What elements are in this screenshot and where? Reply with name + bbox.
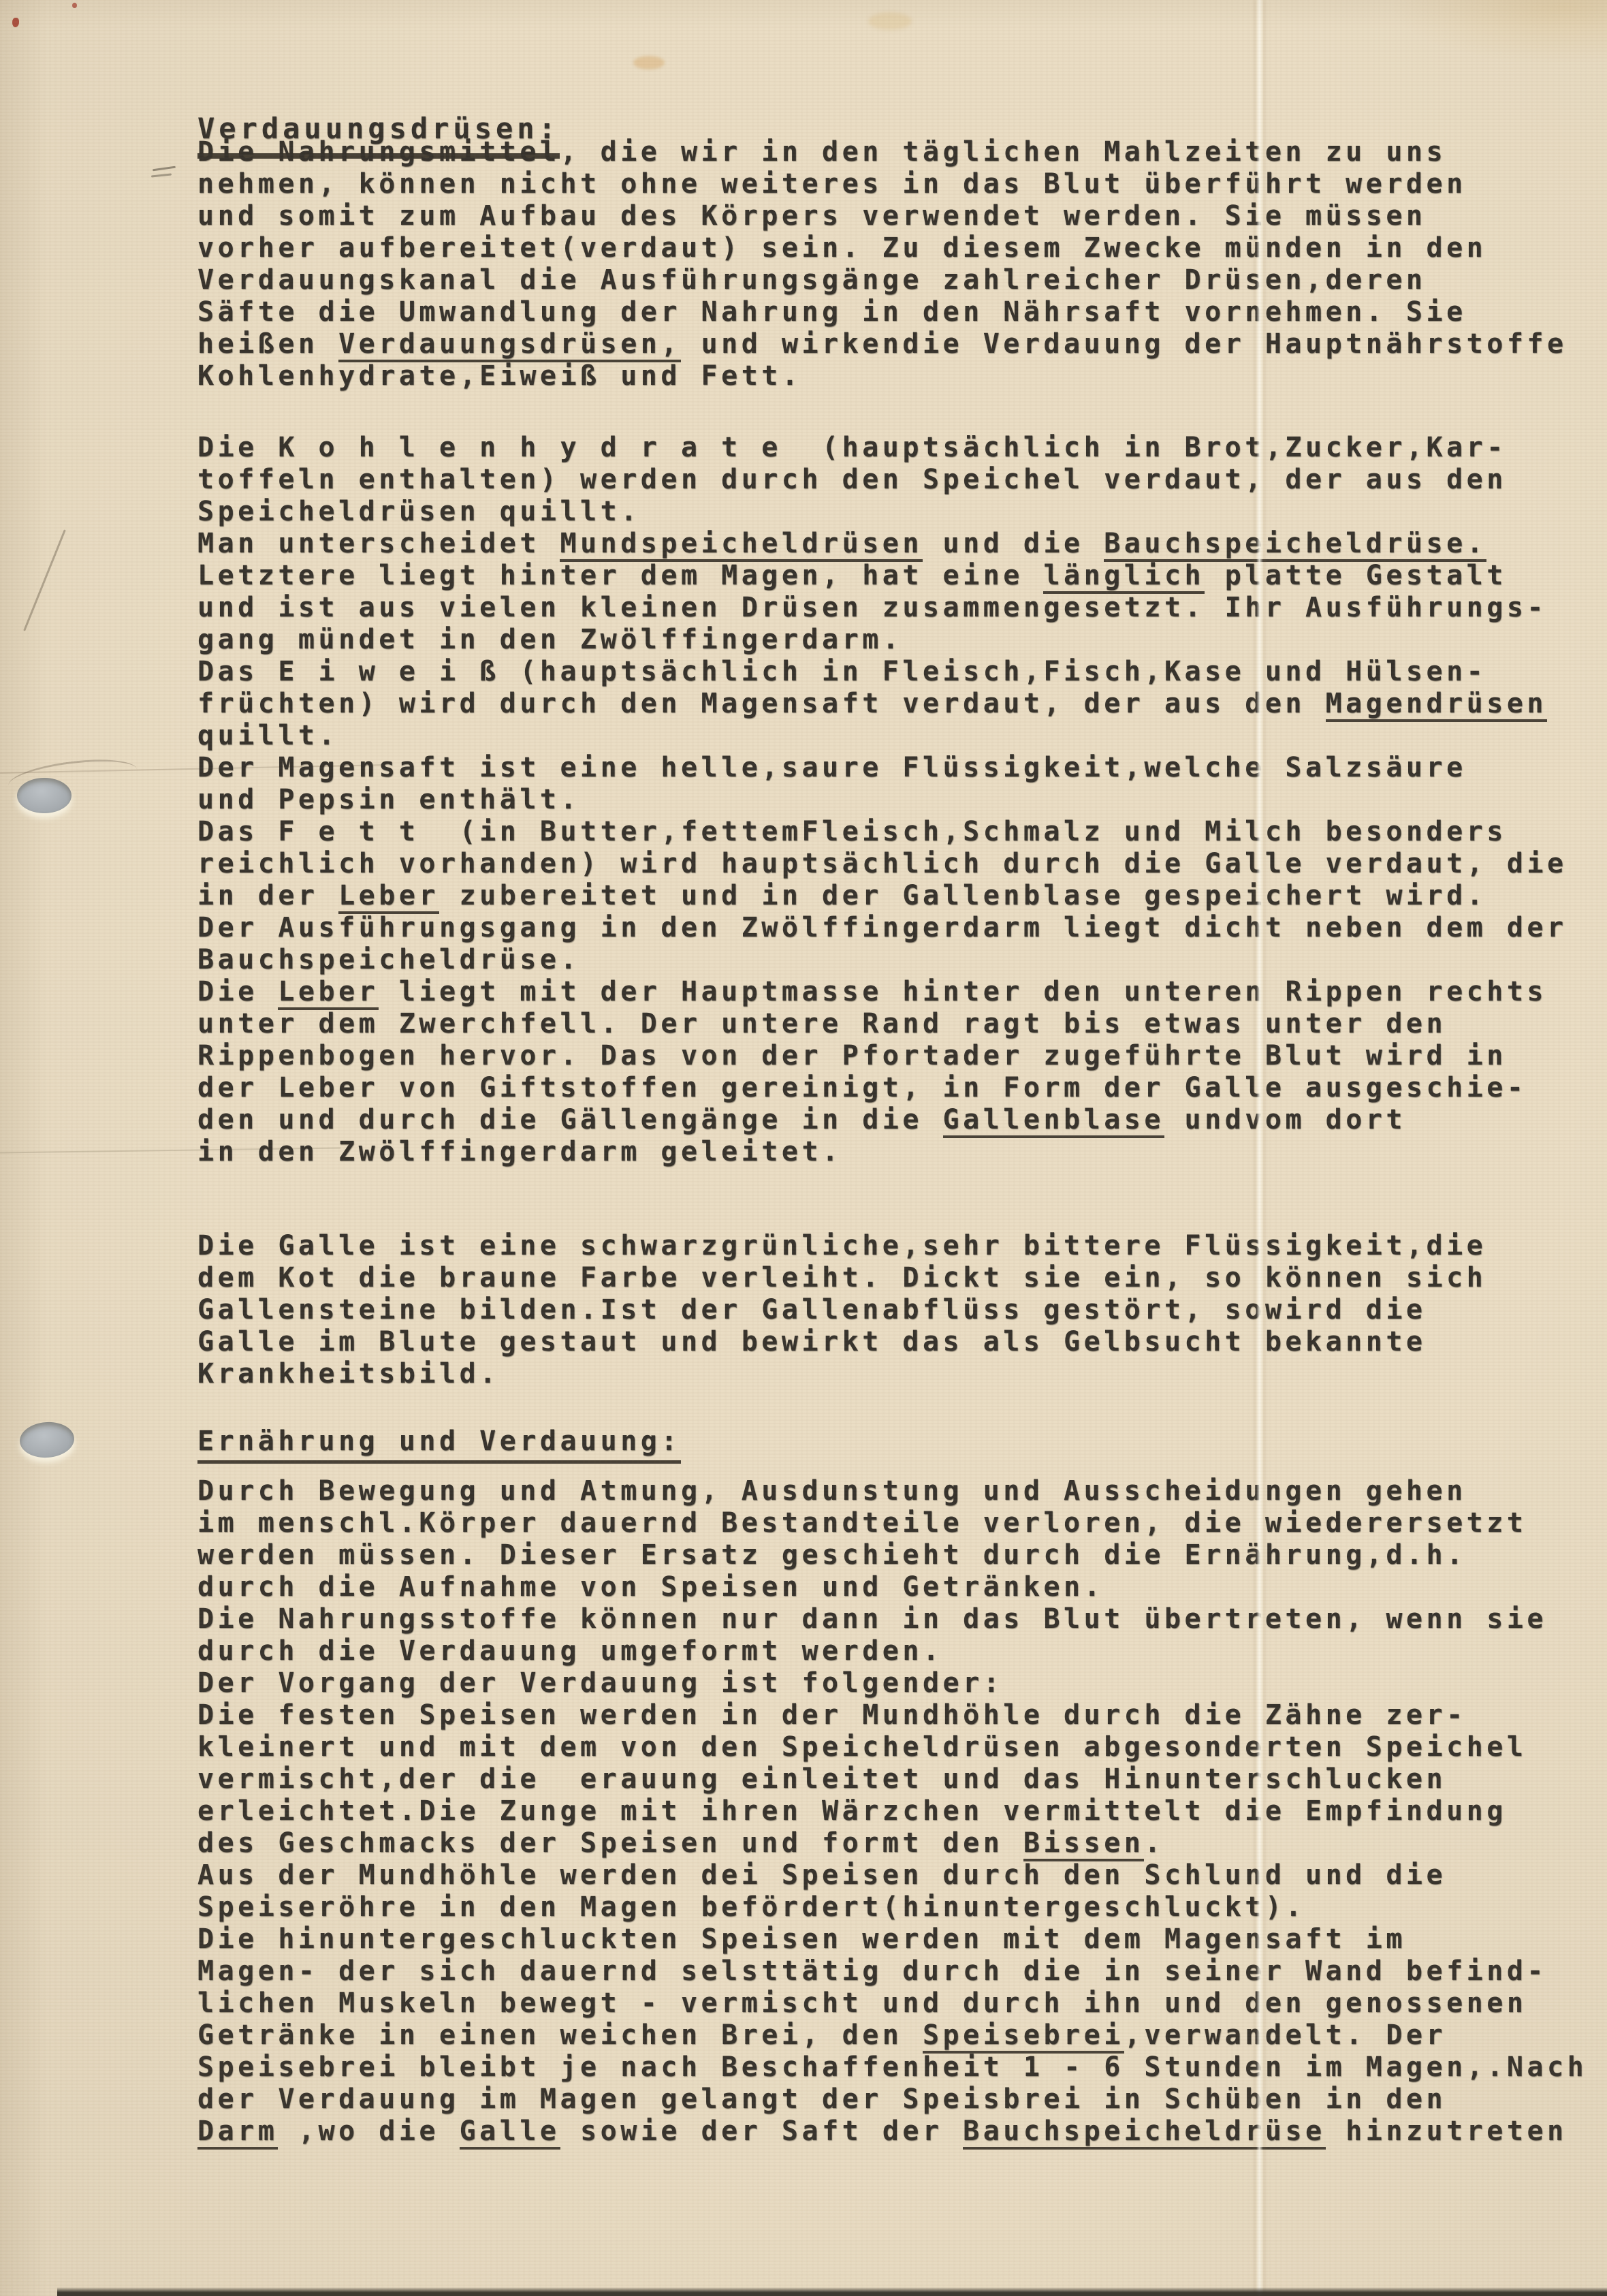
text-line: Speicheldrüsen quillt. — [197, 496, 1568, 528]
text-line: und ist aus vielen kleinen Drüsen zusamm… — [197, 592, 1568, 624]
text-line: Kohlenhydrate,Eiweiß und Fett. — [197, 360, 1568, 392]
text-line: gang mündet in den Zwölffingerdarm. — [197, 624, 1568, 656]
text-line: Die Galle ist eine schwarzgrünliche,sehr… — [197, 1230, 1486, 1262]
text-line: Die Nahrungsstoffe können nur dann in da… — [197, 1603, 1587, 1635]
text-line: früchten) wird durch den Magensaft verda… — [197, 688, 1568, 720]
text-line: vermischt,der die erauung einleitet und … — [197, 1763, 1587, 1795]
text-line: Die Nahrungsmittel, die wir in den tägli… — [197, 136, 1568, 168]
text-line: Getränke in einen weichen Brei, den Spei… — [197, 2019, 1587, 2051]
text-line: Galle im Blute gestaut und bewirkt das a… — [197, 1326, 1486, 1358]
text-line: Das E i w e i ß (hauptsächlich in Fleisc… — [197, 656, 1568, 688]
document-text: Verdauungsdrüsen:Die Nahrungsmittel, die… — [0, 0, 1607, 2296]
text-line: Aus der Mundhöhle werden dei Speisen dur… — [197, 1859, 1587, 1891]
text-line: vorher aufbereitet(verdaut) sein. Zu die… — [197, 232, 1568, 264]
text-line: Speisebrei bleibt je nach Beschaffenheit… — [197, 2051, 1587, 2083]
text-line: Gallensteine bilden.Ist der Gallenabflüs… — [197, 1294, 1486, 1326]
text-line: Bauchspeicheldrüse. — [197, 944, 1568, 976]
text-line: in den Zwölffingerdarm geleitet. — [197, 1136, 1568, 1168]
text-line: werden müssen. Dieser Ersatz geschieht d… — [197, 1539, 1587, 1571]
text-line: Speiseröhre in den Magen befördert(hinun… — [197, 1891, 1587, 1923]
text-line: Der Ausführungsgang in den Zwölffingerda… — [197, 912, 1568, 944]
text-line: Durch Bewegung und Atmung, Ausdunstung u… — [197, 1475, 1587, 1507]
text-line: Säfte die Umwandlung der Nahrung in den … — [197, 296, 1568, 328]
text-line: Die Leber liegt mit der Hauptmasse hinte… — [197, 976, 1568, 1008]
paragraph-ernaehrung: Durch Bewegung und Atmung, Ausdunstung u… — [197, 1475, 1587, 2148]
section-heading-ernaehrung: Ernährung und Verdauung: — [197, 1426, 681, 1464]
paragraph-galle: Die Galle ist eine schwarzgrünliche,sehr… — [197, 1230, 1486, 1390]
scanned-document-page: Verdauungsdrüsen:Die Nahrungsmittel, die… — [0, 0, 1607, 2296]
text-line: Das F e t t (in Butter,fettemFleisch,Sch… — [197, 816, 1568, 848]
text-line: reichlich vorhanden) wird hauptsächlich … — [197, 848, 1568, 880]
text-line: heißen Verdauungsdrüsen, und wirkendie V… — [197, 328, 1568, 360]
text-line: Die hinuntergeschluckten Speisen werden … — [197, 1923, 1587, 1955]
text-line: Der Magensaft ist eine helle,saure Flüss… — [197, 752, 1568, 784]
text-line: der Leber von Giftstoffen gereinigt, in … — [197, 1072, 1568, 1104]
text-line: erleichtet.Die Zunge mit ihren Wärzchen … — [197, 1795, 1587, 1827]
text-line: Verdauungskanal die Ausführungsgänge zah… — [197, 264, 1568, 296]
text-line: und somit zum Aufbau des Körpers verwend… — [197, 200, 1568, 232]
text-line: toffeln enthalten) werden durch den Spei… — [197, 464, 1568, 496]
text-line: Die K o h l e n h y d r a t e (hauptsäch… — [197, 432, 1568, 464]
text-line: unter dem Zwerchfell. Der untere Rand ra… — [197, 1008, 1568, 1040]
text-line: quillt. — [197, 720, 1568, 752]
text-line: des Geschmacks der Speisen und formt den… — [197, 1827, 1587, 1859]
text-line: Krankheitsbild. — [197, 1358, 1486, 1390]
text-line: im menschl.Körper dauernd Bestandteile v… — [197, 1507, 1587, 1539]
paragraph-intro: Die Nahrungsmittel, die wir in den tägli… — [197, 136, 1568, 392]
text-line: Der Vorgang der Verdauung ist folgender: — [197, 1667, 1587, 1699]
text-line: und Pepsin enthält. — [197, 784, 1568, 816]
text-line: Man unterscheidet Mundspeicheldrüsen und… — [197, 528, 1568, 560]
text-line: dem Kot die braune Farbe verleiht. Dickt… — [197, 1262, 1486, 1294]
text-line: Letztere liegt hinter dem Magen, hat ein… — [197, 560, 1568, 592]
text-line: lichen Muskeln bewegt - vermischt und du… — [197, 1987, 1587, 2019]
text-line: Darm ,wo die Galle sowie der Saft der Ba… — [197, 2116, 1587, 2148]
text-line: kleinert und mit dem von den Speicheldrü… — [197, 1731, 1587, 1763]
text-line: Magen- der sich dauernd selsttätig durch… — [197, 1955, 1587, 1987]
text-line: den und durch die Gällengänge in die Gal… — [197, 1104, 1568, 1136]
text-line: der Verdauung im Magen gelangt der Speis… — [197, 2083, 1587, 2116]
text-line: Die festen Speisen werden in der Mundhöh… — [197, 1699, 1587, 1731]
text-line: nehmen, können nicht ohne weiteres in da… — [197, 168, 1568, 200]
text-line: Ernährung und Verdauung: — [197, 1426, 681, 1464]
text-line: Rippenbogen hervor. Das von der Pfortade… — [197, 1040, 1568, 1072]
text-line: durch die Aufnahme von Speisen und Geträ… — [197, 1571, 1587, 1603]
paragraph-naehrstoffe: Die K o h l e n h y d r a t e (hauptsäch… — [197, 432, 1568, 1168]
text-line: durch die Verdauung umgeformt werden. — [197, 1635, 1587, 1667]
text-line: in der Leber zubereitet und in der Galle… — [197, 880, 1568, 912]
